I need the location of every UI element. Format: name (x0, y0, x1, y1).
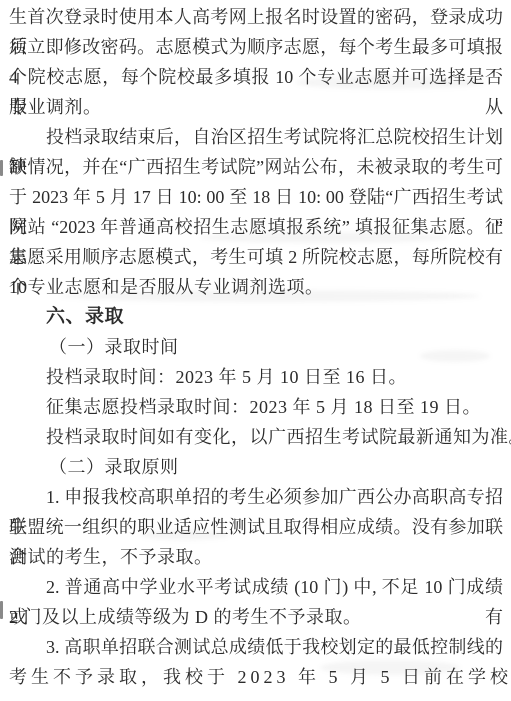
subsection-heading: （一）录取时间 (9, 332, 503, 362)
section-heading: 六、录取 (9, 302, 503, 332)
text-line: 投档录取结束后，自治区招生考试院将汇总院校招生计划缺 (9, 122, 503, 152)
text-line: 额情况，并在“广西招生考试院”网站公布，未被录取的考生可 (9, 152, 503, 182)
text-line: 须立即修改密码。志愿模式为顺序志愿，每个考生最多可填报 4 (9, 32, 503, 62)
text-line: 1. 申报我校高职单招的考生必须参加广西公办高职高专招生 (9, 482, 503, 512)
text-line: 考生不予录取，我校于 2023 年 5 月 5 日前在学校官网 (9, 662, 503, 692)
document-page: 生首次登录时使用本人高考网上报名时设置的密码，登录成功后 须立即修改密码。志愿模… (0, 0, 511, 701)
scan-edge-mark (0, 601, 3, 619)
text-line: 3. 高职单招联合测试总成绩低于我校划定的最低控制线的 (9, 632, 503, 662)
text-line: 征集志愿投档录取时间：2023 年 5 月 18 日至 19 日。 (9, 392, 503, 422)
text-line: 于 2023 年 5 月 17 日 10: 00 至 18 日 10: 00 登… (9, 182, 503, 212)
text-line: 投档录取时间：2023 年 5 月 10 日至 16 日。 (9, 362, 503, 392)
text-line: 2 门及以上成绩等级为 D 的考生不予录取。 (9, 602, 503, 632)
text-line: 网站 “2023 年普通高校招生志愿填报系统” 填报征集志愿。征集 (9, 212, 503, 242)
subsection-heading: （二）录取原则 (9, 452, 503, 482)
text-line: 测试的考生，不予录取。 (9, 542, 503, 572)
text-line: 个院校志愿，每个院校最多填报 10 个专业志愿并可选择是否服从 (9, 62, 503, 92)
scan-edge-mark (0, 160, 3, 176)
text-line: 个专业志愿和是否服从专业调剂选项。 (9, 272, 503, 302)
text-line: 专业调剂。 (9, 92, 503, 122)
text-line: 投档录取时间如有变化，以广西招生考试院最新通知为准。 (9, 422, 503, 452)
text-line: 志愿采用顺序志愿模式，考生可填 2 所院校志愿，每所院校有 10 (9, 242, 503, 272)
text-line: 2. 普通高中学业水平考试成绩 (10 门) 中, 不足 10 门成绩或有 (9, 572, 503, 602)
text-line: 生首次登录时使用本人高考网上报名时设置的密码，登录成功后 (9, 2, 503, 32)
text-line: 联盟统一组织的职业适应性测试且取得相应成绩。没有参加联合 (9, 512, 503, 542)
